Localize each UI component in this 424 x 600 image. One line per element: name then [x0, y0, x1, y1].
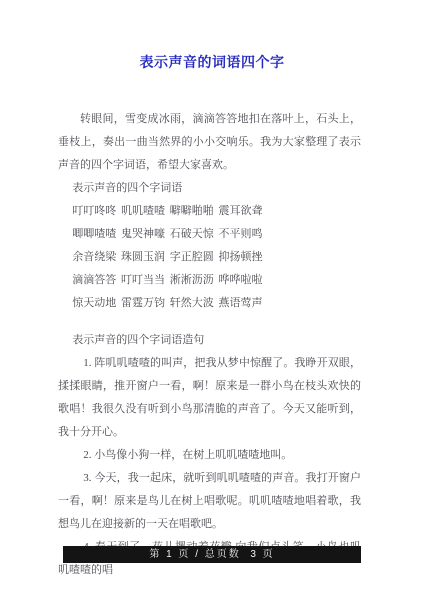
sentence-item: 2. 小鸟像小狗一样，在树上叽叽喳喳地叫。: [58, 444, 361, 467]
word-line: 余音绕梁 珠圆玉润 字正腔圆 抑扬顿挫: [58, 246, 361, 269]
page-number-text: 第 1 页 / 总页数 3 页: [149, 549, 274, 560]
word-line: 叮叮咚咚 叽叽喳喳 噼噼啪啪 震耳欲聋: [58, 200, 361, 223]
paragraph: 转眼间，雪变成冰雨，滴滴答答地扣在落叶上，石头上，垂枝上，奏出一曲当然界的小小交…: [58, 108, 361, 177]
word-line: 滴滴答答 叮叮当当 淅淅沥沥 哗哗啦啦: [58, 269, 361, 292]
document-body: 转眼间，雪变成冰雨，滴滴答答地扣在落叶上，石头上，垂枝上，奏出一曲当然界的小小交…: [58, 108, 361, 582]
sentence-item: 1. 阵叽叽喳喳的叫声，把我从梦中惊醒了。我睁开双眼，揉揉眼睛，推开窗户一看，啊…: [58, 352, 361, 444]
word-line: 唧唧喳喳 鬼哭神嚎 石破天惊 不平则鸣: [58, 223, 361, 246]
sentence-item: 3. 今天，我一起床，就听到叽叽喳喳的声音。我打开窗户一看，啊！原来是鸟儿在树上…: [58, 467, 361, 536]
section-heading: 表示声音的四个字词语造句: [58, 329, 361, 352]
page-footer: 第 1 页 / 总页数 3 页: [63, 546, 361, 563]
word-line: 惊天动地 雷霆万钧 轩然大波 燕语莺声: [58, 292, 361, 315]
document-page: 表示声音的词语四个字 转眼间，雪变成冰雨，滴滴答答地扣在落叶上，石头上，垂枝上，…: [0, 0, 424, 600]
document-title: 表示声音的词语四个字: [0, 0, 424, 72]
section-heading: 表示声音的四个字词语: [58, 177, 361, 200]
